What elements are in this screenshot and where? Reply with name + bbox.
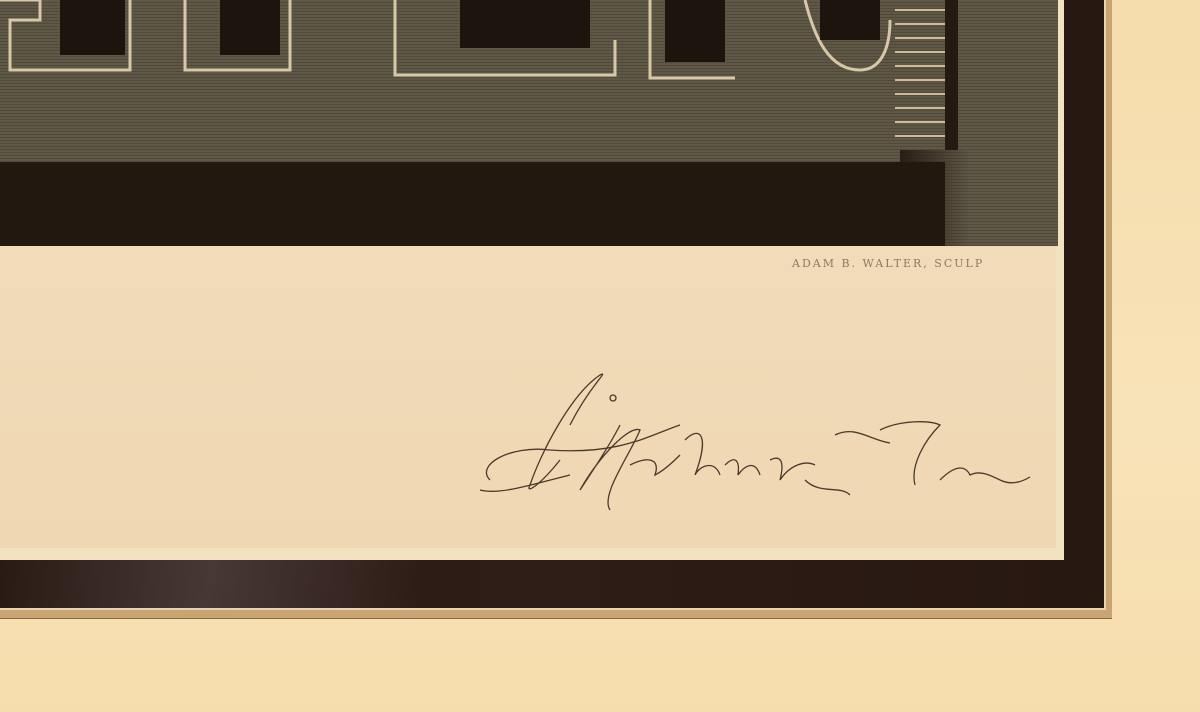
glass-glare <box>0 555 420 610</box>
plinth-shadow-fade <box>900 150 970 246</box>
plinth-shadow <box>0 162 945 246</box>
engraver-credit: ADAM B. WALTER, SCULP <box>792 257 984 270</box>
engraving-plate <box>0 0 1058 246</box>
washington-signature <box>470 365 1050 529</box>
